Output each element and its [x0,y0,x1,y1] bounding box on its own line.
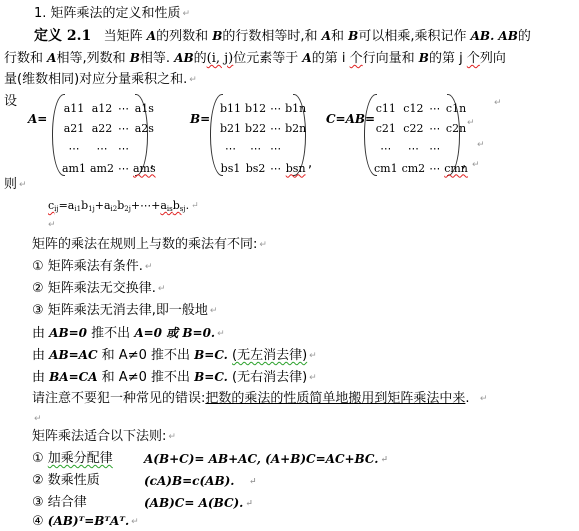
law-name: 数乘性质 [48,473,100,488]
text: 的 [518,29,531,44]
law-item-3: ③ 结合律 (AB)C= A(BC).↵ [32,494,87,512]
entry: ⋯ [372,138,400,158]
entry: ⋯ [268,158,283,178]
entry: c12 [400,98,428,118]
entry: cm1 [372,158,400,178]
text: 量(维数相同)对应分量乘积之和. [4,72,187,87]
law-formula: (AB)ᵀ=BᵀAᵀ. [48,514,129,528]
entry: ⋯ [116,158,131,178]
math-A: A [322,29,331,43]
law-item-4: ④ (AB)ᵀ=BᵀAᵀ.↵ [32,512,139,531]
paragraph-mark: ↵ [259,240,267,250]
matrix-A-entries: a11a12⋯a1s a21a22⋯a2s ⋯⋯⋯ am1am2⋯ams [60,98,158,178]
entry: a11 [60,98,88,118]
entry: bs2 [243,158,268,178]
difference-item-2: ② 矩阵乘法无交换律.↵ [32,280,165,298]
entry: c11 [372,98,400,118]
entry: b1n [283,98,308,118]
text: 的第 i [312,51,346,66]
text: ③ 矩阵乘法无消去律,即一般地 [32,303,208,318]
paragraph-mark: ↵ [158,284,166,294]
paragraph-mark: ↵ [494,98,502,108]
entry: ⋯ [268,98,283,118]
paragraph-mark: ↵ [245,499,253,509]
entry: c21 [372,118,400,138]
comma: , [308,155,312,173]
note: (无右消去律) [232,370,307,385]
law-item-1: ① 加乘分配律 A(B+C)= AB+AC, (A+B)C=AC+BC.↵ [32,450,113,468]
formula-text: (AB)C= A(BC). [144,496,243,510]
text: 相等,列数和 [56,51,125,66]
math-AB: AB [498,29,517,43]
text: ① 矩阵乘法有条件. [32,259,143,274]
definition-line-2: 行数和 A相等,列数和 B相等. AB的(i, j)位元素等于 A的第 i 个行… [4,49,506,68]
entry: c22 [400,118,428,138]
law-formula: (AB)C= A(BC).↵ [144,494,253,513]
math-AB: AB. [471,29,495,43]
laws-intro: 矩阵乘法适合以下法则:↵ [32,428,176,446]
entry: b12 [243,98,268,118]
entry: ⋯ [427,98,442,118]
definition-label: 定义 2.1 [34,28,91,44]
text: 相等. [140,51,170,66]
then-text: 则 [4,177,17,192]
math-expr: BA=CA [49,370,97,384]
paragraph-mark: ↵ [145,262,153,272]
math-B: B [419,51,429,65]
definition-line-1: 定义 2.1 当矩阵 A的列数和 B的行数相等时,和 A和 B可以相乘,乘积记作… [34,27,531,46]
law-formula: A(B+C)= AB+AC, (A+B)C=AC+BC.↵ [144,450,388,469]
entry: a21 [60,118,88,138]
law-name: 结合律 [48,495,87,510]
matrix-A-label: A= [28,112,47,126]
entry: ⋯ [268,118,283,138]
matrix-C-entries: c11c12⋯c1n c21c22⋯c2n ⋯⋯⋯ cm1cm2⋯cmn [372,98,470,178]
entry: ⋯ [427,118,442,138]
paragraph-mark: ↵ [309,351,317,361]
text: 由 [32,326,45,341]
entry: b21 [218,118,243,138]
entry: ⋯ [116,98,131,118]
entry: cm2 [400,158,428,178]
text: 的第 j [429,51,463,66]
text: 行数和 [4,51,43,66]
text: 个 [467,51,480,66]
math-A: A [147,29,156,43]
entry: ⋯ [60,138,88,158]
text: . [465,391,469,406]
paragraph-mark: ↵ [249,477,257,487]
text: 推不出 [91,326,130,341]
section-heading-text: 1. 矩阵乘法的定义和性质 [34,6,181,21]
paragraph-mark: ↵ [131,517,139,527]
text: 和 [331,29,344,44]
math-B: B [212,29,222,43]
law-number: ① [32,451,44,466]
law-number: ③ [32,495,44,510]
paragraph-mark: ↵ [480,394,488,404]
matrix-A: a11a12⋯a1s a21a22⋯a2s ⋯⋯⋯ am1am2⋯ams [52,94,148,176]
text: 和 A≠0 推不出 [102,348,190,363]
case-1: 由 AB=0 推不出 A=0 或 B=0.↵ [32,324,225,343]
text: ② 矩阵乘法无交换律. [32,281,156,296]
entry: ⋯ [116,138,131,158]
paragraph-mark: ↵ [168,432,176,442]
text: 矩阵的乘法在规则上与数的乘法有不同: [32,237,257,252]
paragraph-mark: ↵ [183,9,191,19]
law-item-2: ② 数乘性质 (cA)B=c(AB). ↵ [32,472,100,490]
entry: ⋯ [218,138,243,158]
underlined-text: 把数的乘法的性质简单地搬用到矩阵乘法中来 [205,391,465,406]
matrix-B-label: B= [190,112,210,126]
paragraph-mark: ↵ [467,118,475,128]
paragraph-mark: ↵ [191,201,199,211]
entry: c1n [442,98,470,118]
empty-paragraph: ↵ [46,216,56,234]
text: 和 A≠0 推不出 [102,370,190,385]
section-heading: 1. 矩阵乘法的定义和性质↵ [34,5,190,23]
paragraph-mark: ↵ [189,75,197,85]
comma: , [150,155,154,173]
math-expr: B=C. [194,370,228,384]
formula-text: (cA)B=c(AB). [144,474,234,488]
case-3: 由 BA=CA 和 A≠0 推不出 B=C. (无右消去律)↵ [32,368,317,387]
entry: am2 [88,158,116,178]
entry: am1 [60,158,88,178]
paragraph-mark: ↵ [210,306,218,316]
text: 行向量和 [363,51,415,66]
matrix-B: b11b12⋯b1n b21b22⋯b2n ⋯⋯⋯ bs1bs2⋯bsn [210,94,306,176]
let-text: 设 [4,94,17,109]
math-AB: AB [174,51,193,65]
math-expr: B=C. [194,348,228,362]
paragraph-mark: ↵ [217,329,225,339]
math-B: B [348,29,358,43]
paragraph-mark: ↵ [380,455,388,465]
entry: a1s [131,98,158,118]
paragraph-mark: ↵ [477,140,485,150]
entry: b2n [283,118,308,138]
definition-line-3: 量(维数相同)对应分量乘积之和.↵ [4,71,197,89]
entry: b22 [243,118,268,138]
math-expr: AB=0 [49,326,87,340]
law-number: ② [32,473,44,488]
law-name: 加乘分配律 [48,451,113,466]
formula-text: A(B+C)= AB+AC, (A+B)C=AC+BC. [144,452,378,466]
text: 请注意不要犯一种常见的错误: [32,391,205,406]
case-2: 由 AB=AC 和 A≠0 推不出 B=C. (无左消去律)↵ [32,346,317,365]
entry: bs1 [218,158,243,178]
difference-item-1: ① 矩阵乘法有条件.↵ [32,258,152,276]
paragraph-mark: ↵ [48,220,56,230]
entry: c2n [442,118,470,138]
then-label: 则↵ [4,176,27,194]
text: 的行数相等时,和 [222,29,317,44]
law-formula: (cA)B=c(AB). ↵ [144,472,257,491]
product-formula: cij=ai1b1j+ai2b2j+⋯+aisbsj.↵ [48,197,199,218]
paragraph-mark: ↵ [472,160,480,170]
entry: ⋯ [427,138,442,158]
entry: ⋯ [243,138,268,158]
text: 的 [194,51,207,66]
entry: ⋯ [116,118,131,138]
formula-last-term: aisbsj [160,199,185,212]
paragraph-mark: ↵ [309,373,317,383]
entry: a12 [88,98,116,118]
paragraph-mark: ↵ [19,180,27,190]
note: (无左消去律) [232,348,307,363]
entry: b11 [218,98,243,118]
entry: a22 [88,118,116,138]
text: 可以相乘,乘积记作 [358,29,466,44]
paragraph-mark: ↵ [34,414,42,424]
math-expr: AB=AC [49,348,97,362]
warning-line: 请注意不要犯一种常见的错误:把数的乘法的性质简单地搬用到矩阵乘法中来. ↵ [32,390,487,408]
text: 个 [350,51,363,66]
entry: ⋯ [400,138,428,158]
math-B: B [130,51,140,65]
law-number: ④ [32,514,44,529]
text: 由 [32,370,45,385]
differences-intro: 矩阵的乘法在规则上与数的乘法有不同:↵ [32,236,267,254]
entry [283,138,308,158]
matrix-B-entries: b11b12⋯b1n b21b22⋯b2n ⋯⋯⋯ bs1bs2⋯bsn [218,98,308,178]
index-ij: (i, j) [207,51,234,66]
text: 的列数和 [156,29,208,44]
entry: ⋯ [427,158,442,178]
entry: a2s [131,118,158,138]
math-expr: A=0 或 B=0. [134,326,215,340]
let-label: 设 [4,93,17,111]
text: 由 [32,348,45,363]
comma: , [462,155,466,173]
formula-c-ij: cij [48,199,59,212]
text: 列向 [480,51,506,66]
matrix-C: c11c12⋯c1n c21c22⋯c2n ⋯⋯⋯ cm1cm2⋯cmn [364,94,460,176]
entry: ⋯ [88,138,116,158]
entry: ⋯ [268,138,283,158]
empty-paragraph: ↵ [32,410,42,428]
text: 位元素等于 [233,51,298,66]
text: 矩阵乘法适合以下法则: [32,429,166,444]
text: 当矩阵 [104,29,143,44]
math-A: A [302,51,311,65]
difference-item-3: ③ 矩阵乘法无消去律,即一般地↵ [32,302,217,320]
entry: bsn [283,158,308,178]
